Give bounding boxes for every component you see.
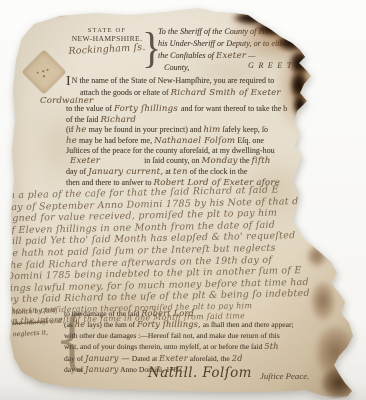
text-segment: in ſa (297, 51, 314, 60)
text-segment: the Conſtables of (158, 51, 216, 60)
greeting-text: G R E E T I N G (248, 61, 320, 70)
print-line: IN the name of the State of New-Hampſhir… (66, 76, 274, 85)
text-segment: January (85, 364, 119, 374)
text-segment: then and there to anſwer to (66, 178, 154, 187)
text-segment: may be had before me, (77, 136, 154, 145)
address-line: To the Sheriff of the County of Rockingh… (158, 26, 315, 38)
print-line: attach the goods or eſtate of Richard Sm… (80, 88, 281, 98)
text-segment: To the Sheriff of the County of (158, 27, 258, 36)
stain-mark (314, 324, 356, 380)
text-segment: Richard (100, 115, 136, 125)
text-segment: he (66, 136, 77, 146)
text-segment: to the value of (66, 104, 114, 113)
text-segment: — (246, 51, 255, 60)
county-handwritten: Rockingham ſs. (60, 42, 154, 58)
text-segment: as ſhall then and there appear; (201, 320, 294, 329)
text-segment: Exeter (70, 156, 100, 166)
text-segment: writ, and of your doings therein, unto m… (64, 342, 264, 351)
text-segment: 2d (232, 353, 243, 363)
text-segment: at (163, 167, 173, 176)
text-segment: his Under-Sheriff or Deputy, or to eithe… (158, 39, 290, 48)
text-segment: Robert Lord (141, 308, 194, 318)
closing-line: to the damage of the ſaid Robert Lord (64, 308, 294, 319)
text-segment: fifth (252, 156, 271, 166)
text-segment: neglects it, (12, 329, 48, 338)
text-segment: Monday (202, 156, 238, 166)
text-segment: County, (164, 63, 189, 72)
text-segment: Nathanael Folſom (154, 136, 235, 146)
text-segment: day of (66, 167, 88, 176)
burn-mark (292, 92, 308, 118)
text-segment: to the damage of the ſaid (64, 309, 141, 318)
text-segment: day of (64, 354, 85, 363)
text-segment: Forty ſhillings (114, 104, 181, 114)
text-segment: aforeſaid, the (188, 354, 232, 363)
print-line: day of January current, at ten of the cl… (66, 167, 247, 177)
print-line: of the ſaid Richard (66, 115, 136, 125)
print-line: to the value of Forty ſhillings and for … (66, 104, 287, 114)
print-line: he may be had before me, Nathanael Folſo… (66, 136, 264, 146)
signature-title: Juſtice Peace. (260, 371, 309, 381)
text-segment: Juſtices of the peace for the county afo… (66, 146, 275, 155)
stain-mark-dark (320, 366, 358, 400)
signature-name: Nathll. Folſom (148, 365, 252, 381)
text-segment: he (75, 319, 86, 329)
closing-line: (as he ſays) the ſum of Forty ſhillings,… (64, 319, 294, 330)
address-line: County, (164, 62, 189, 74)
closing-line: writ, and of your doings therein, unto m… (64, 341, 294, 352)
text-segment: with other due damages :—Hereof fail not… (64, 331, 280, 340)
text-segment: he (76, 125, 87, 135)
burn-mark (230, 10, 276, 26)
text-segment: Richard Smith of Exeter (171, 88, 281, 98)
text-segment: may be found in your precinct) and (87, 125, 204, 134)
text-segment: (if (66, 125, 76, 134)
text-segment: the (238, 156, 252, 165)
closing-line: day of January — Dated at Exeter aforeſa… (64, 353, 294, 364)
photo-background: STATE OF NEW-HAMPSHIRE. Rockingham ſs. }… (0, 0, 366, 400)
text-segment: Eſq. one (235, 136, 264, 145)
text-segment: January — (85, 353, 130, 363)
text-segment: and for want thereof to take the b (181, 104, 287, 113)
text-segment: attach the goods or eſtate of (80, 88, 171, 97)
state-caption: STATE OF NEW-HAMPSHIRE. Rockingham ſs. (60, 27, 154, 55)
document-paper: STATE OF NEW-HAMPSHIRE. Rockingham ſs. }… (4, 4, 360, 396)
text-segment: 5th (264, 341, 278, 351)
state-line-1: STATE OF (60, 27, 154, 34)
text-segment: of the ſaid (66, 115, 100, 124)
burn-nick (52, 6, 68, 15)
text-segment: him (203, 125, 220, 135)
text-segment: Exeter (159, 353, 188, 363)
print-line: Exeter in ſaid county, on Monday the fif… (70, 156, 271, 166)
text-segment: Rockingham (258, 27, 314, 37)
text-segment: N the name of the State of New-Hampſhire… (72, 76, 275, 85)
text-segment: ſays) the ſum of (85, 320, 137, 329)
text-segment: Dated at (130, 354, 159, 363)
burn-mark (289, 68, 309, 102)
text-segment: ſafely keep, ſo (221, 125, 269, 134)
seal-pinpricks (42, 70, 45, 73)
text-segment: in ſaid county, on (142, 156, 201, 165)
print-line: (if he may be found in your precinct) an… (66, 125, 268, 135)
text-segment: (as (64, 320, 75, 329)
text-segment: of the clock in the (188, 167, 248, 176)
text-segment: Exeter (216, 51, 246, 61)
address-line: his Under-Sheriff or Deputy, or to eithe… (158, 38, 290, 50)
print-line: Juſtices of the peace for the county afo… (66, 146, 275, 155)
text-segment: day of (64, 365, 85, 374)
closing-line: with other due damages :—Hereof fail not… (64, 331, 294, 341)
text-segment: ten (173, 167, 188, 177)
text-segment: Forty ſhillings, (137, 319, 201, 329)
text-segment: January current, (88, 167, 163, 177)
paper-sheet: STATE OF NEW-HAMPSHIRE. Rockingham ſs. }… (4, 4, 360, 396)
